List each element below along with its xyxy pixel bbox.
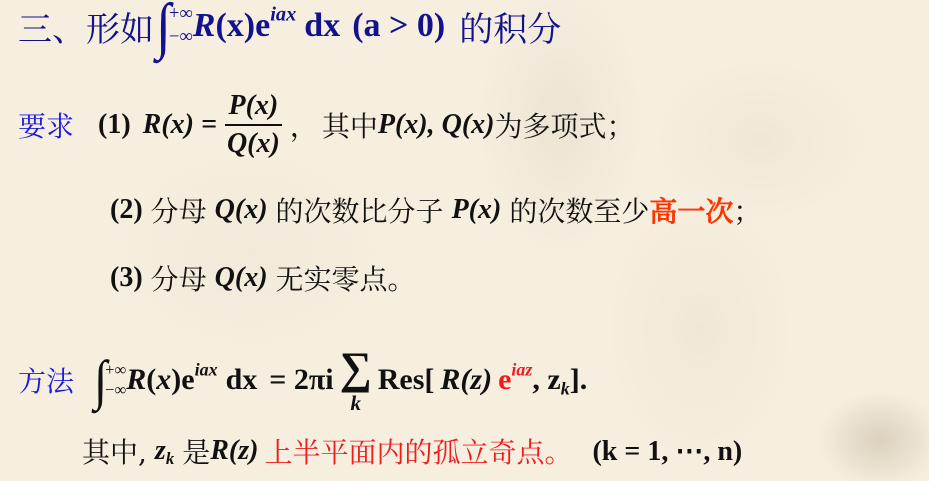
item2-p: P(x) xyxy=(452,194,502,226)
item-number: (2) xyxy=(110,194,143,226)
r-definition-lhs: R(x) = xyxy=(143,109,217,141)
title-integrand: (x)eiax xyxy=(215,7,296,45)
item-number: (1) xyxy=(98,109,131,141)
integral-upper-limit: +∞ xyxy=(105,362,126,379)
integral-lower-limit: −∞ xyxy=(169,28,193,47)
note-prefix: 其中, xyxy=(82,431,147,471)
summation: ∑ k xyxy=(340,346,372,414)
integral-lower-limit: −∞ xyxy=(105,382,126,399)
title-suffix: 的积分 xyxy=(459,2,561,51)
item3-q: Q(x) xyxy=(215,262,268,294)
requirements-label: 要求 xyxy=(18,105,74,145)
integral-upper-limit: +∞ xyxy=(169,5,193,24)
item1-text2: 为多项式； xyxy=(494,105,634,145)
semicolon: ； xyxy=(733,190,761,230)
highlight-one-degree-higher: 高一次 xyxy=(649,190,733,230)
comma: ， xyxy=(290,105,318,145)
summation-index: k xyxy=(350,393,361,414)
method-integral: ∫ +∞ −∞ xyxy=(94,353,126,408)
method-formula: 方法 ∫ +∞ −∞ R(x)eiax dx = 2πi ∑ k Res[ R(… xyxy=(18,340,587,420)
item1-text1: 其中 xyxy=(322,105,378,145)
note-is: 是 xyxy=(182,431,210,471)
integral-sign-icon: ∫ xyxy=(94,348,107,411)
residue-open: Res[ xyxy=(378,363,435,397)
method-label: 方法 xyxy=(18,360,74,400)
fraction-numerator: P(x) xyxy=(225,90,283,126)
title-R: R xyxy=(193,7,216,45)
residue-exp-power: iaz xyxy=(511,360,532,380)
method-note: 其中, zk 是 R(z) 上半平面内的孤立奇点。 (k = 1, ⋯, n) xyxy=(82,428,742,474)
title-prefix: 三、形如 xyxy=(18,2,154,51)
item1-polys: P(x), Q(x) xyxy=(378,109,495,141)
summation-icon: ∑ xyxy=(340,346,372,391)
item-number: (3) xyxy=(110,262,143,294)
residue-point: , zk xyxy=(532,363,569,397)
residue-exp: eiaz xyxy=(498,363,532,397)
residue-close: ]. xyxy=(570,363,588,397)
requirement-2: (2) 分母 Q(x) 的次数比分子 P(x) 的次数至少 高一次 ； xyxy=(110,188,761,232)
title-integral: ∫ +∞ −∞ xyxy=(156,0,193,57)
section-title: 三、形如 ∫ +∞ −∞ R (x)eiax dx (a > 0) 的积分 xyxy=(18,0,561,52)
item2-text3: 的次数至少 xyxy=(509,190,649,230)
fraction-denominator: Q(x) xyxy=(223,126,284,160)
title-exponent: iax xyxy=(270,4,296,26)
method-exponent: iax xyxy=(195,360,218,380)
note-range: (k = 1, ⋯, n) xyxy=(592,434,742,468)
residue-Rz: R(z) xyxy=(440,363,492,397)
note-upper-half-plane-singularities: 上半平面内的孤立奇点。 xyxy=(264,431,572,471)
requirement-1: 要求 (1) R(x) = P(x) Q(x) ， 其中 P(x), Q(x) … xyxy=(18,82,635,168)
title-condition: (a > 0) xyxy=(352,7,445,45)
item2-text2: 的次数比分子 xyxy=(276,190,444,230)
note-zk: zk xyxy=(155,435,174,467)
method-dx: dx xyxy=(226,363,258,397)
requirement-3: (3) 分母 Q(x) 无实零点。 xyxy=(110,256,416,300)
item3-text2: 无实零点。 xyxy=(276,258,416,298)
note-Rz: R(z) xyxy=(210,435,258,467)
title-dx: dx xyxy=(304,7,340,45)
fraction: P(x) Q(x) xyxy=(223,90,284,160)
item3-text1: 分母 xyxy=(151,258,207,298)
method-equals: = 2πi xyxy=(269,363,333,397)
item2-text1: 分母 xyxy=(151,190,207,230)
integral-sign-icon: ∫ xyxy=(156,0,171,62)
item2-q: Q(x) xyxy=(215,194,268,226)
method-integrand: R(x)eiax xyxy=(126,363,217,397)
